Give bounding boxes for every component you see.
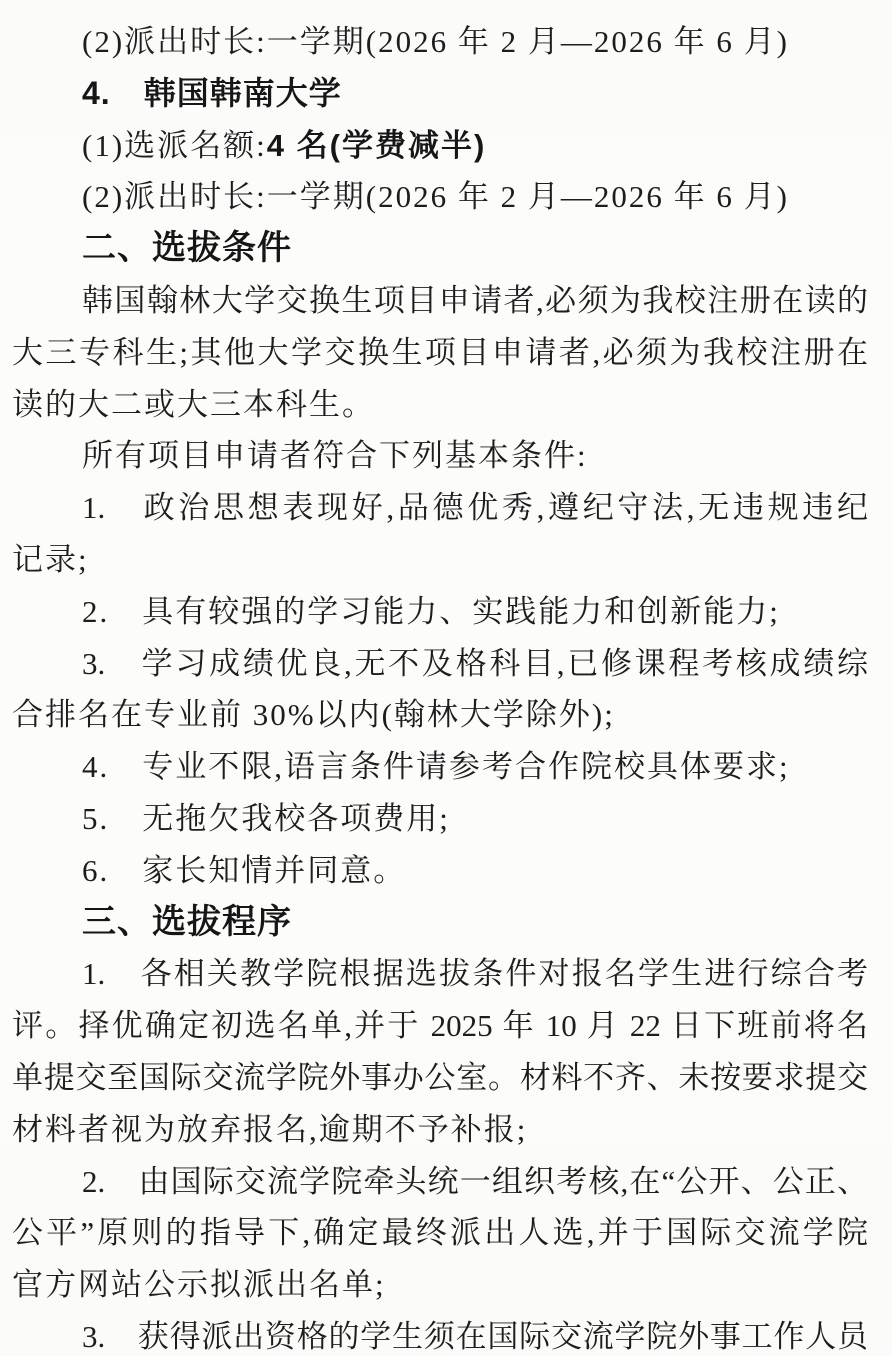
item-4-hannam-university-heading: 4. 韩国韩南大学 <box>12 68 868 120</box>
text-line: 官方网站公示拟派出名单; <box>12 1259 868 1311</box>
text-line: 公平”原则的指导下,确定最终派出人选,并于国际交流学院 <box>12 1207 868 1259</box>
line-text: 评。择优确定初选名单,并于 2025 年 10 月 22 日下班前将名 <box>12 1008 868 1043</box>
line-text: 公平”原则的指导下,确定最终派出人选,并于国际交流学院 <box>12 1215 868 1250</box>
line-text: (1)选派名额: <box>82 128 267 163</box>
section-3-heading: 三、选拔程序 <box>12 897 868 949</box>
text-line: 所有项目申请者符合下列基本条件: <box>12 430 868 482</box>
line-text: 2. 由国际交流学院牵头统一组织考核,在“公开、公正、 <box>82 1164 868 1199</box>
text-line: 2. 由国际交流学院牵头统一组织考核,在“公开、公正、 <box>12 1156 868 1208</box>
line-text: 1. 政治思想表现好,品德优秀,遵纪守法,无违规违纪 <box>82 490 868 525</box>
text-line: 读的大二或大三本科生。 <box>12 379 868 431</box>
text-line: 3. 学习成绩优良,无不及格科目,已修课程考核成绩综 <box>12 638 868 690</box>
line-text: 3. 学习成绩优良,无不及格科目,已修课程考核成绩综 <box>82 646 868 681</box>
line-text: 韩国翰林大学交换生项目申请者,必须为我校注册在读的 <box>82 283 868 318</box>
line-text: 4. 韩国韩南大学 <box>82 75 342 111</box>
section-2-heading: 二、选拔条件 <box>12 223 868 275</box>
line-text: 合排名在专业前 30%以内(翰林大学除外); <box>12 697 615 732</box>
text-line: (1)选派名额:4 名(学费减半) <box>12 120 868 172</box>
line-text: 读的大二或大三本科生。 <box>12 387 375 422</box>
line-text: 5. 无拖欠我校各项费用; <box>82 801 450 836</box>
text-line: 3. 获得派出资格的学生须在国际交流学院外事工作人员 <box>12 1311 868 1356</box>
line-bold-text: 4 名(学费减半) <box>267 128 487 163</box>
text-line: 材料者视为放弃报名,逾期不予补报; <box>12 1104 868 1156</box>
text-line: 1. 各相关教学院根据选拔条件对报名学生进行综合考 <box>12 948 868 1000</box>
line-text: (2)派出时长:一学期(2026 年 2 月—2026 年 6 月) <box>82 179 789 214</box>
text-line: 大三专科生;其他大学交换生项目申请者,必须为我校注册在 <box>12 327 868 379</box>
text-line: 2. 具有较强的学习能力、实践能力和创新能力; <box>12 586 868 638</box>
line-text: 单提交至国际交流学院外事办公室。材料不齐、未按要求提交 <box>12 1060 868 1095</box>
line-text: 2. 具有较强的学习能力、实践能力和创新能力; <box>82 594 780 629</box>
text-line: 记录; <box>12 534 868 586</box>
line-text: 官方网站公示拟派出名单; <box>12 1267 386 1302</box>
line-text: 二、选拔条件 <box>82 229 292 267</box>
text-line: 单提交至国际交流学院外事办公室。材料不齐、未按要求提交 <box>12 1052 868 1104</box>
text-line: 6. 家长知情并同意。 <box>12 845 868 897</box>
line-text: 所有项目申请者符合下列基本条件: <box>82 438 588 473</box>
document-page: (2)派出时长:一学期(2026 年 2 月—2026 年 6 月) 4. 韩国… <box>0 0 892 1356</box>
line-text: 1. 各相关教学院根据选拔条件对报名学生进行综合考 <box>82 956 868 991</box>
line-text: 6. 家长知情并同意。 <box>82 853 406 888</box>
line-text: 4. 专业不限,语言条件请参考合作院校具体要求; <box>82 749 790 784</box>
text-line: (2)派出时长:一学期(2026 年 2 月—2026 年 6 月) <box>12 16 868 68</box>
text-line: 韩国翰林大学交换生项目申请者,必须为我校注册在读的 <box>12 275 868 327</box>
line-text: 3. 获得派出资格的学生须在国际交流学院外事工作人员 <box>82 1319 868 1354</box>
text-line: 评。择优确定初选名单,并于 2025 年 10 月 22 日下班前将名 <box>12 1000 868 1052</box>
text-line: 4. 专业不限,语言条件请参考合作院校具体要求; <box>12 741 868 793</box>
line-text: 大三专科生;其他大学交换生项目申请者,必须为我校注册在 <box>12 335 868 370</box>
text-line: (2)派出时长:一学期(2026 年 2 月—2026 年 6 月) <box>12 171 868 223</box>
text-line: 1. 政治思想表现好,品德优秀,遵纪守法,无违规违纪 <box>12 482 868 534</box>
line-text: (2)派出时长:一学期(2026 年 2 月—2026 年 6 月) <box>82 24 789 59</box>
line-text: 材料者视为放弃报名,逾期不予补报; <box>12 1112 527 1147</box>
text-line: 5. 无拖欠我校各项费用; <box>12 793 868 845</box>
line-text: 记录; <box>12 542 89 577</box>
text-line: 合排名在专业前 30%以内(翰林大学除外); <box>12 689 868 741</box>
line-text: 三、选拔程序 <box>82 903 292 941</box>
